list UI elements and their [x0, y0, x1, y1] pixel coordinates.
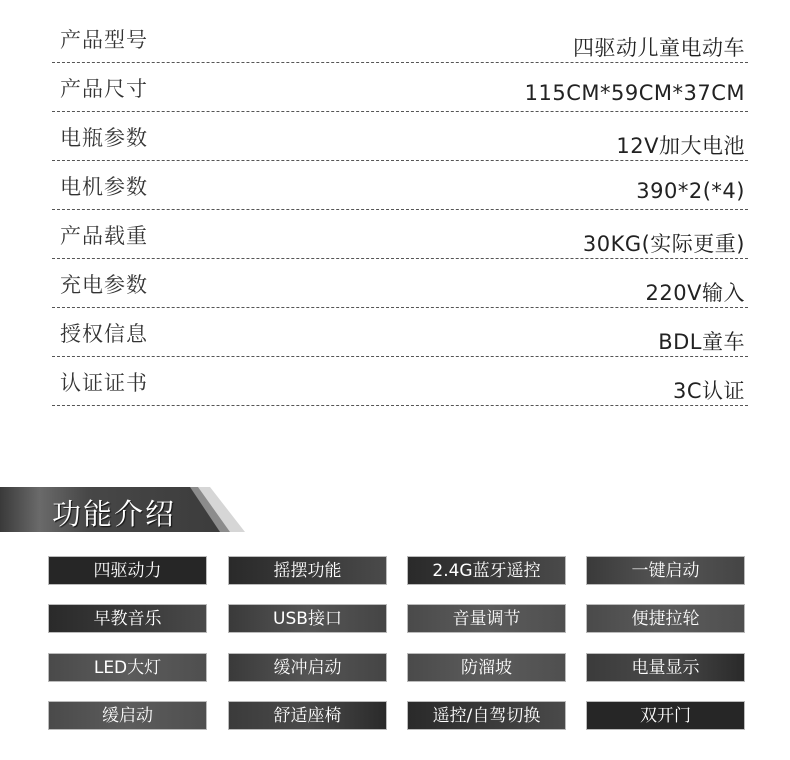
- spec-row-license: 授权信息 BDL童车: [52, 308, 748, 357]
- spec-label: 授权信息: [60, 318, 148, 348]
- spec-label: 充电参数: [60, 269, 148, 299]
- spec-label: 认证证书: [60, 367, 148, 397]
- feature-badge: 舒适座椅: [228, 701, 387, 730]
- section-title: 功能介绍: [52, 492, 176, 533]
- spec-row-load: 产品载重 30KG(实际更重): [52, 210, 748, 259]
- spec-value: 115CM*59CM*37CM: [525, 81, 745, 105]
- feature-badge: 早教音乐: [48, 604, 207, 633]
- spec-row-model: 产品型号 四驱动儿童电动车: [52, 14, 748, 63]
- feature-badge: 遥控/自驾切换: [407, 701, 566, 730]
- spec-label: 产品型号: [60, 24, 148, 54]
- feature-badge: 缓启动: [48, 701, 207, 730]
- spec-row-certificate: 认证证书 3C认证: [52, 357, 748, 406]
- spec-value: 3C认证: [673, 375, 745, 405]
- feature-badge: 2.4G蓝牙遥控: [407, 556, 566, 585]
- feature-badge: 四驱动力: [48, 556, 207, 585]
- spec-row-motor: 电机参数 390*2(*4): [52, 161, 748, 210]
- spec-row-charging: 充电参数 220V输入: [52, 259, 748, 308]
- feature-badge: 摇摆功能: [228, 556, 387, 585]
- spec-value: 四驱动儿童电动车: [573, 32, 745, 62]
- feature-badge: LED大灯: [48, 653, 207, 682]
- spec-label: 电机参数: [60, 171, 148, 201]
- features-section-banner: 功能介绍: [0, 487, 250, 532]
- feature-badge: 缓冲启动: [228, 653, 387, 682]
- feature-badge: 防溜坡: [407, 653, 566, 682]
- feature-badge: 音量调节: [407, 604, 566, 633]
- spec-label: 产品尺寸: [60, 73, 148, 103]
- spec-label: 电瓶参数: [60, 122, 148, 152]
- spec-value: 220V输入: [646, 277, 745, 307]
- spec-label: 产品载重: [60, 220, 148, 250]
- feature-badge: USB接口: [228, 604, 387, 633]
- spec-value: 30KG(实际更重): [583, 228, 745, 258]
- spec-value: 12V加大电池: [616, 130, 745, 160]
- feature-badge: 电量显示: [586, 653, 745, 682]
- feature-badge: 一键启动: [586, 556, 745, 585]
- spec-table: 产品型号 四驱动儿童电动车 产品尺寸 115CM*59CM*37CM 电瓶参数 …: [52, 14, 748, 406]
- feature-badge: 便捷拉轮: [586, 604, 745, 633]
- spec-row-size: 产品尺寸 115CM*59CM*37CM: [52, 63, 748, 112]
- spec-value: 390*2(*4): [636, 179, 745, 203]
- spec-value: BDL童车: [658, 326, 745, 356]
- spec-row-battery: 电瓶参数 12V加大电池: [52, 112, 748, 161]
- feature-badge: 双开门: [586, 701, 745, 730]
